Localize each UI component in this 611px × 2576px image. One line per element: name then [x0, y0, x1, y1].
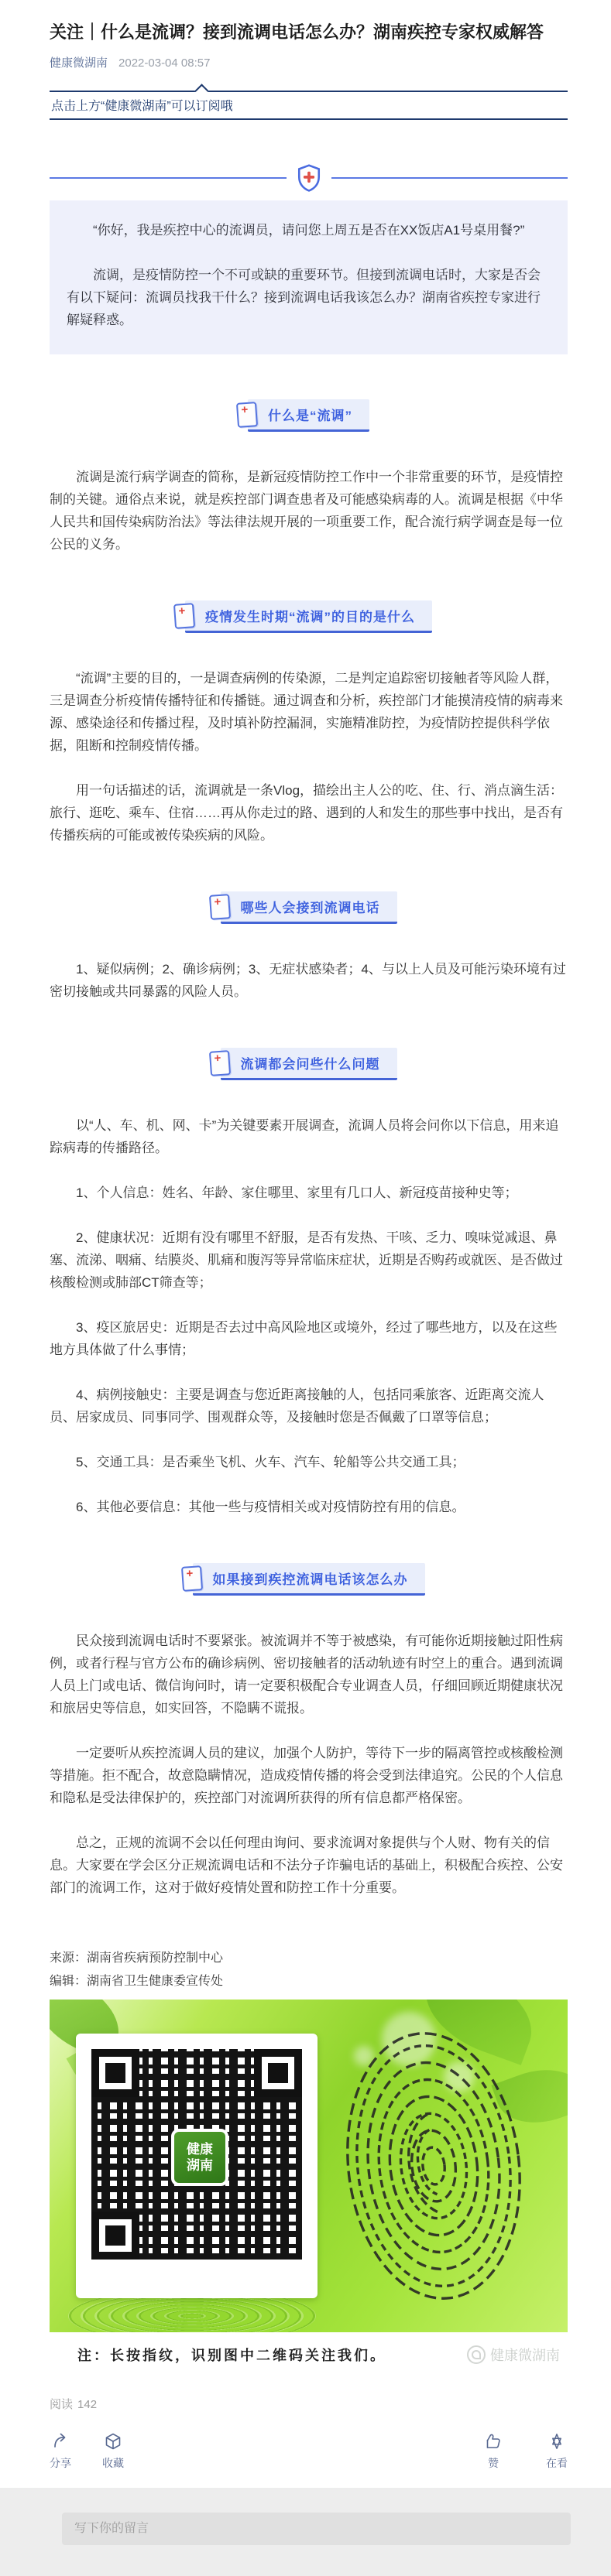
share-button[interactable]: 分享: [50, 2432, 71, 2471]
section-heading-wrap: 哪些人会接到流调电话: [50, 891, 568, 924]
paragraph: 5、交通工具：是否乘坐飞机、火车、汽车、轮船等公共交通工具；: [50, 1451, 568, 1473]
paragraph: 6、其他必要信息：其他一些与疫情相关或对疫情防控有用的信息。: [50, 1496, 568, 1518]
intro-quote-box: “你好，我是疾控中心的流调员，请问您上周五是否在XX饭店A1号桌用餐?” 流调，…: [50, 200, 568, 354]
comment-input[interactable]: [62, 2513, 571, 2545]
divider-line: [331, 177, 568, 179]
qr-code: 健康 湖南: [91, 2049, 302, 2260]
qr-logo-text: 湖南: [187, 2157, 213, 2174]
wow-button[interactable]: 在看: [546, 2432, 568, 2471]
collect-box-icon: [104, 2432, 122, 2451]
favorite-label: 收藏: [102, 2455, 124, 2471]
first-aid-kit-icon: [208, 1051, 230, 1077]
shield-divider: [50, 163, 568, 193]
qr-logo-text: 健康: [187, 2141, 213, 2157]
share-label: 分享: [50, 2455, 71, 2471]
promo-green-background: 健康 湖南: [50, 2000, 568, 2332]
intro-paragraph: “你好，我是疾控中心的流调员，请问您上周五是否在XX饭店A1号桌用餐?”: [67, 219, 551, 241]
paragraph: 4、病例接触史：主要是调查与您近距离接触的人，包括同乘旅客、近距离交流人员、居家…: [50, 1384, 568, 1428]
thumbs-up-icon: [484, 2432, 503, 2451]
paragraph: 1、疑似病例；2、确诊病例；3、无症状感染者；4、与以上人员及可能污染环境有过密…: [50, 958, 568, 1003]
wow-star-badge-icon: [547, 2432, 566, 2451]
first-aid-kit-icon: [173, 604, 195, 630]
section-heading-wrap: 如果接到疾控流调电话该怎么办: [50, 1563, 568, 1596]
section-heading-text: 流调都会问些什么问题: [241, 1057, 380, 1072]
section-heading-badge: 什么是“流调”: [248, 399, 369, 432]
section-heading-badge: 疫情发生时期“流调”的目的是什么: [185, 600, 432, 633]
qr-code-card: 健康 湖南: [76, 2034, 318, 2298]
read-count: 142: [77, 2398, 97, 2411]
section-heading-text: 疫情发生时期“流调”的目的是什么: [205, 610, 415, 624]
paragraph: 以“人、车、机、网、卡”为关键要素开展调查，流调人员将会问你以下信息，用来追踪病…: [50, 1114, 568, 1159]
caret-up-icon: [194, 84, 208, 97]
first-aid-kit-icon: [208, 895, 230, 921]
first-aid-kit-icon: [180, 1566, 202, 1592]
read-label: 阅读: [50, 2398, 73, 2411]
watermark-logo-icon: [467, 2345, 486, 2364]
section-heading-wrap: 流调都会问些什么问题: [50, 1048, 568, 1080]
like-button[interactable]: 赞: [484, 2432, 503, 2471]
section-heading-text: 什么是“流调”: [268, 409, 352, 423]
read-count-row: 阅读142: [50, 2396, 568, 2412]
paragraph: 3、疫区旅居史：近期是否去过中高风险地区或境外，经过了哪些地方，以及在这些地方具…: [50, 1316, 568, 1361]
first-aid-kit-icon: [236, 402, 258, 429]
article-page: 关注｜什么是流调？接到流调电话怎么办？湖南疾控专家权威解答 健康微湖南2022-…: [0, 0, 611, 2576]
qr-promo-image: 健康 湖南: [50, 2000, 568, 2380]
like-label: 赞: [488, 2455, 499, 2471]
comment-section: [0, 2488, 611, 2576]
editor-line: 编辑：湖南省卫生健康委宣传处: [50, 1970, 568, 1993]
section-heading-badge: 流调都会问些什么问题: [221, 1048, 397, 1080]
section-heading-wrap: 什么是“流调”: [50, 399, 568, 432]
divider-line: [50, 177, 287, 179]
action-toolbar: 分享 收藏: [50, 2432, 568, 2488]
qr-center-logo: 健康 湖南: [171, 2129, 228, 2186]
paragraph: 民众接到流调电话时不要紧张。被流调并不等于被感染，有可能你近期接触过阳性病例，或…: [50, 1630, 568, 1719]
source-line: 来源：湖南省疾病预防控制中心: [50, 1947, 568, 1970]
paragraph: “流调”主要的目的，一是调查病例的传染源，二是判定追踪密切接触者等风险人群，三是…: [50, 667, 568, 757]
qr-finder-square: [254, 2049, 302, 2097]
paragraph: 2、健康状况：近期有没有哪里不舒服，是否有发热、干咳、乏力、嗅味觉减退、鼻塞、流…: [50, 1226, 568, 1294]
watermark-text: 健康微湖南: [490, 2345, 560, 2365]
publish-date: 2022-03-04 08:57: [118, 56, 210, 70]
watermark: 健康微湖南: [467, 2345, 560, 2365]
share-arrow-icon: [50, 2432, 70, 2451]
section-heading-badge: 如果接到疾控流调电话该怎么办: [193, 1563, 425, 1596]
section-heading-text: 如果接到疾控流调电话该怎么办: [213, 1572, 408, 1587]
paragraph: 用一句话描述的话，流调就是一条Vlog，描绘出主人公的吃、住、行、消点滴生活：旅…: [50, 779, 568, 847]
account-link[interactable]: 健康微湖南: [50, 56, 108, 70]
paragraph: 总之，正规的流调不会以任何理由询问、要求流调对象提供与个人财、物有关的信息。大家…: [50, 1832, 568, 1899]
paragraph: 一定要听从疾控流调人员的建议，加强个人防护，等待下一步的隔离管控或核酸检测等措施…: [50, 1742, 568, 1809]
shield-cross-icon: [296, 163, 322, 193]
fingerprint-image: [337, 2021, 530, 2311]
qr-finder-square: [91, 2212, 139, 2260]
wow-label: 在看: [546, 2455, 568, 2471]
article-title: 关注｜什么是流调？接到流调电话怎么办？湖南疾控专家权威解答: [50, 20, 568, 45]
section-heading-wrap: 疫情发生时期“流调”的目的是什么: [50, 600, 568, 633]
paragraph: 1、个人信息：姓名、年龄、家住哪里、家里有几口人、新冠疫苗接种史等；: [50, 1182, 568, 1204]
paragraph: 流调是流行病学调查的简称，是新冠疫情防控工作中一个非常重要的环节，是疫情控制的关…: [50, 466, 568, 556]
intro-paragraph: 流调，是疫情防控一个不可或缺的重要环节。但接到流调电话时，大家是否会有以下疑问：…: [67, 264, 551, 331]
qr-finder-square: [91, 2049, 139, 2097]
section-heading-text: 哪些人会接到流调电话: [241, 901, 380, 915]
section-heading-badge: 哪些人会接到流调电话: [221, 891, 397, 924]
credits: 来源：湖南省疾病预防控制中心 编辑：湖南省卫生健康委宣传处: [50, 1947, 568, 1993]
promo-caption-band: 注：长按指纹，识别图中二维码关注我们。 健康微湖南: [50, 2332, 568, 2380]
subscribe-banner-text: 点击上方“健康微湖南”可以订阅哦: [51, 100, 233, 113]
article-body: 关注｜什么是流调？接到流调电话怎么办？湖南疾控专家权威解答 健康微湖南2022-…: [0, 0, 611, 2488]
subscribe-banner: 点击上方“健康微湖南”可以订阅哦: [50, 91, 568, 120]
promo-caption-text: 注：长按指纹，识别图中二维码关注我们。: [77, 2345, 386, 2365]
favorite-button[interactable]: 收藏: [102, 2432, 124, 2471]
byline: 健康微湖南2022-03-04 08:57: [50, 54, 568, 70]
